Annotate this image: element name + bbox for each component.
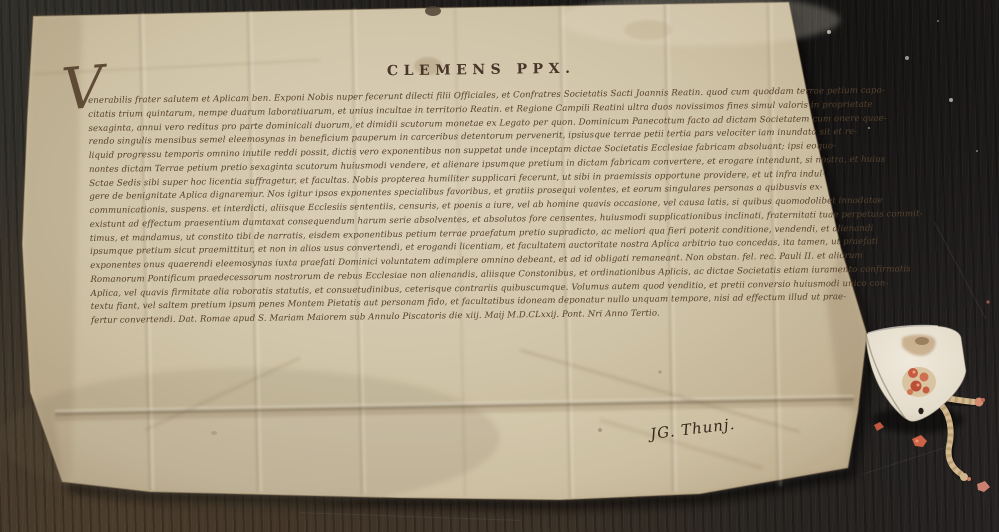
wax-remnant: [902, 367, 936, 397]
wax-chip: [912, 435, 927, 447]
document-scene: [0, 0, 999, 532]
wax-seal-fragment: [866, 325, 985, 481]
photo-stage: CLEMENS PPX. V enerabilis frater salutem…: [0, 0, 999, 532]
wax-chip: [977, 481, 990, 492]
seal-hole: [918, 408, 923, 414]
seal-cord: [934, 396, 985, 481]
wax-speck: [986, 300, 989, 303]
